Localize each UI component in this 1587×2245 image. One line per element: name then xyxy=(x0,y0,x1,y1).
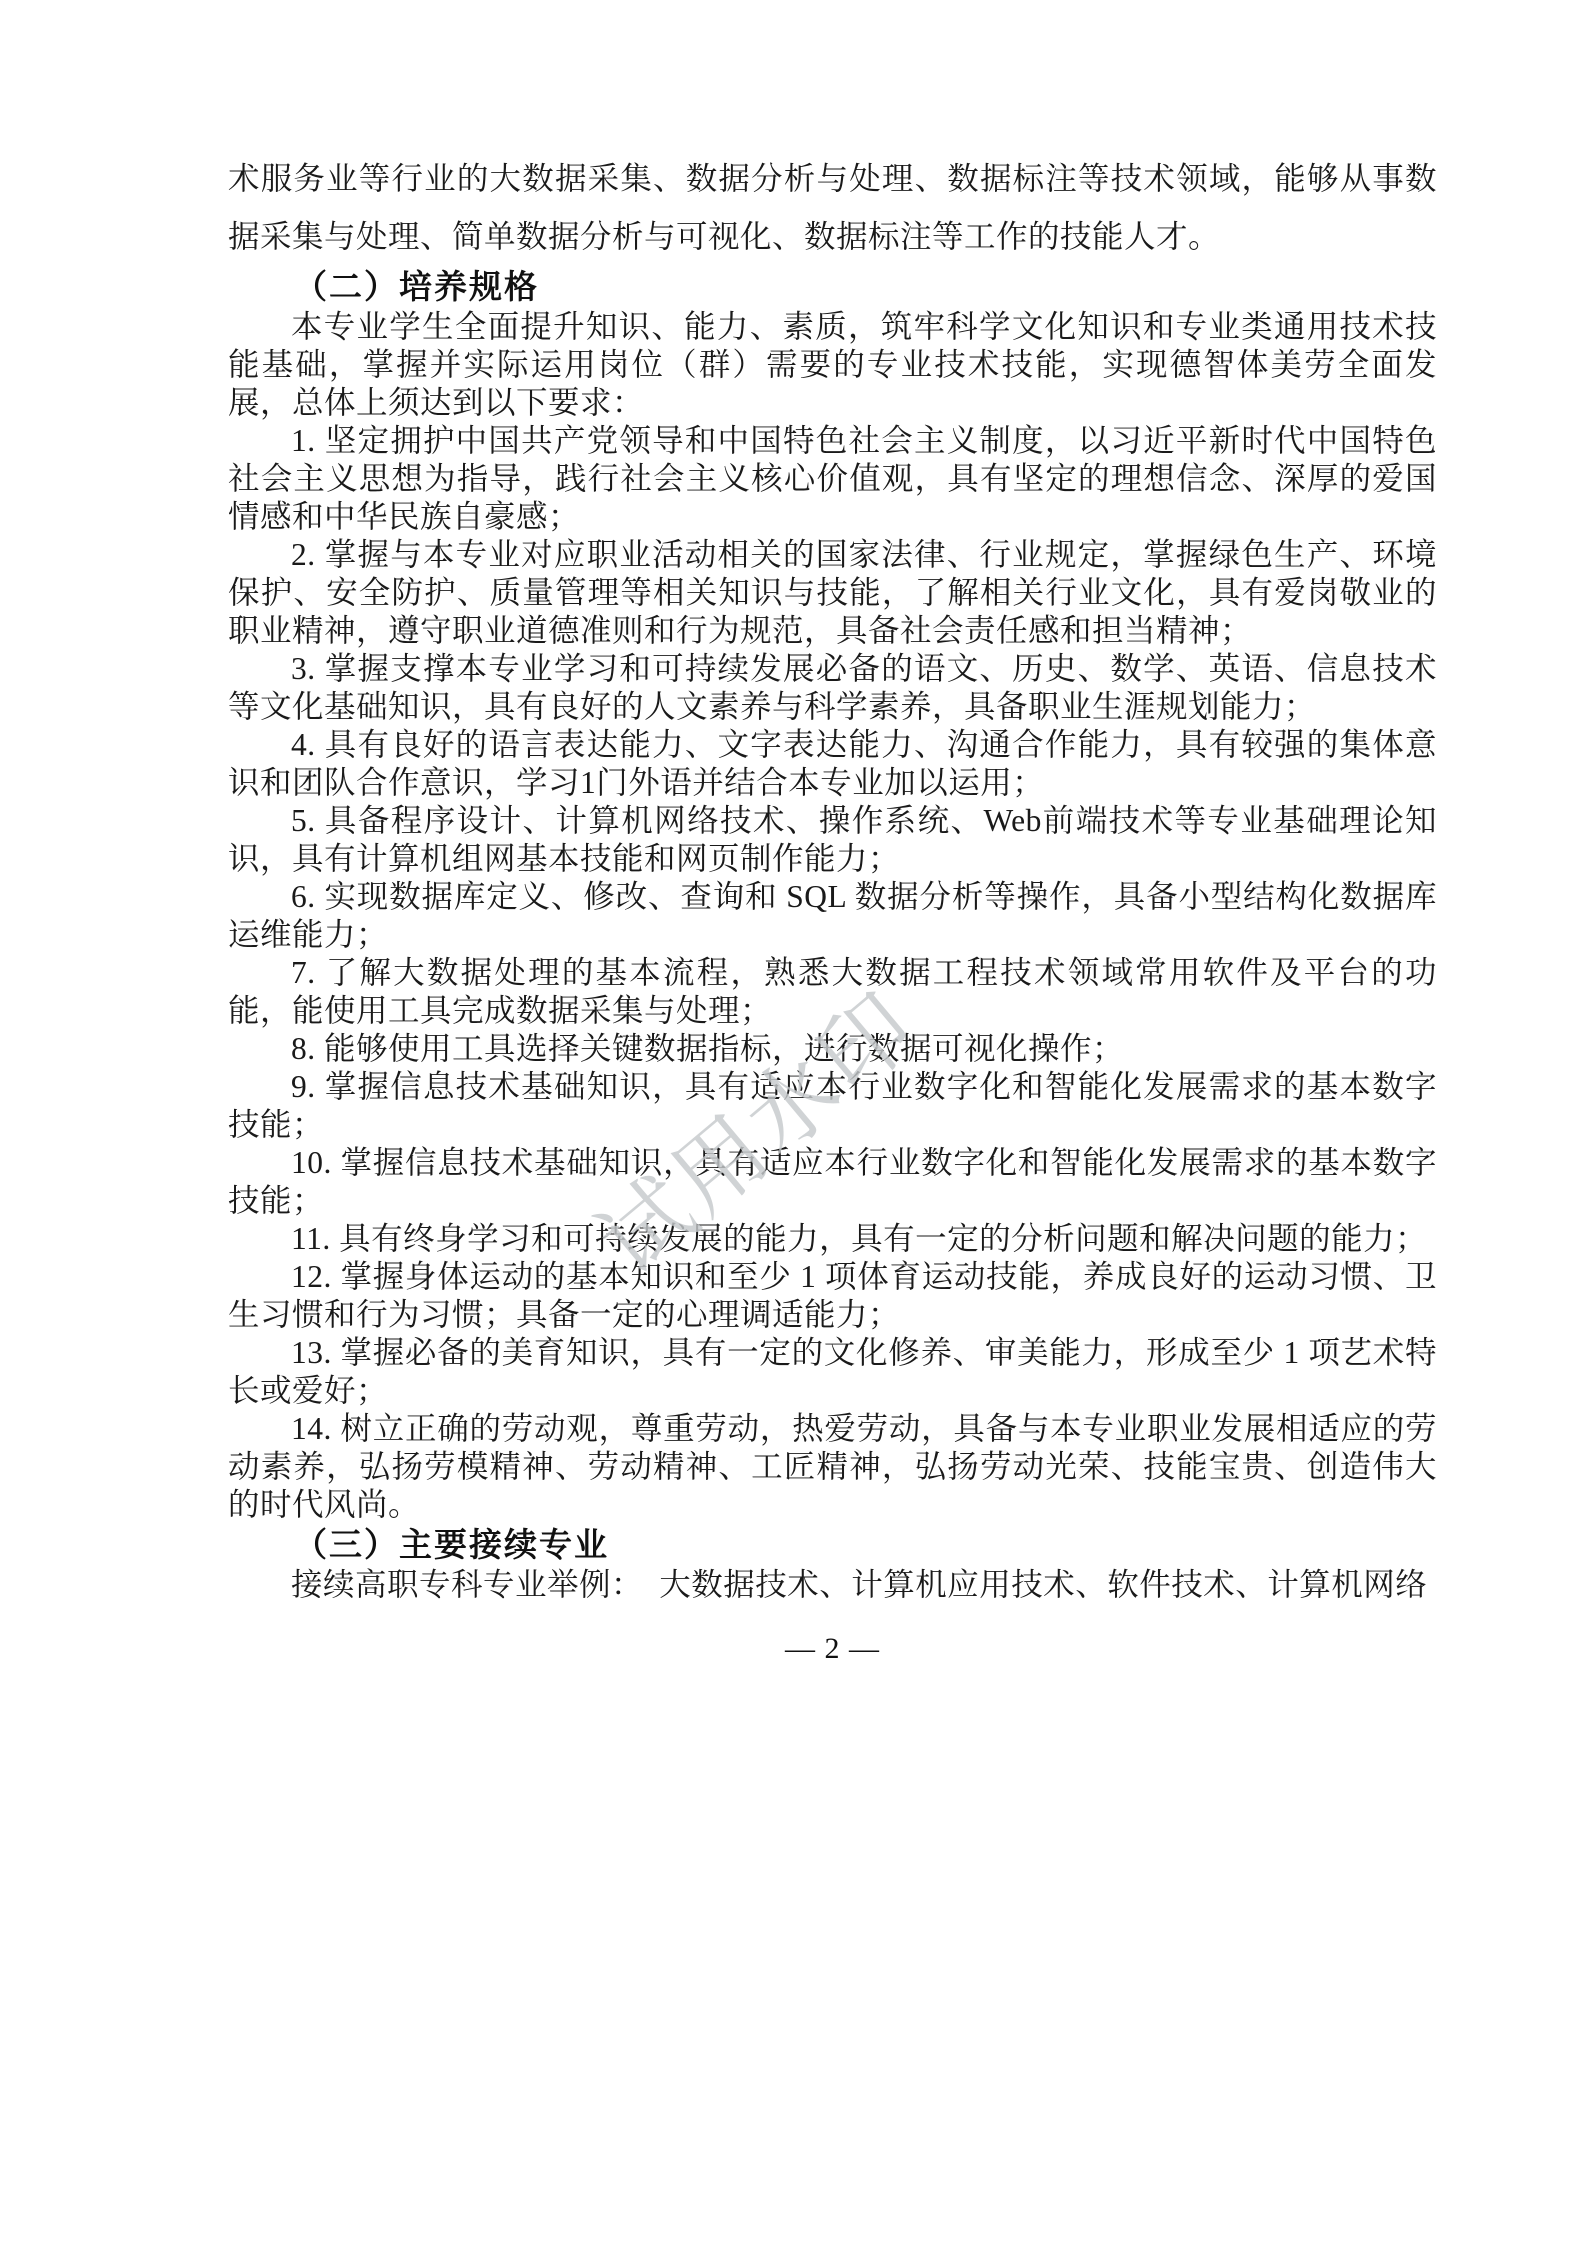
requirement-item-12: 12. 掌握身体运动的基本知识和至少 1 项体育运动技能，养成良好的运动习惯、卫… xyxy=(228,1258,1437,1334)
requirement-item-9: 9. 掌握信息技术基础知识，具有适应本行业数字化和智能化发展需求的基本数字技能； xyxy=(228,1068,1437,1144)
requirement-item-6: 6. 实现数据库定义、修改、查询和 SQL 数据分析等操作，具备小型结构化数据库… xyxy=(228,878,1437,954)
section-3-heading: （三）主要接续专业 xyxy=(228,1524,1437,1566)
document-page: 术服务业等行业的大数据采集、数据分析与处理、数据标注等技术领域，能够从事数据采集… xyxy=(0,0,1587,2245)
requirement-item-11: 11. 具有终身学习和可持续发展的能力，具有一定的分析问题和解决问题的能力； xyxy=(228,1220,1437,1258)
requirement-item-4: 4. 具有良好的语言表达能力、文字表达能力、沟通合作能力，具有较强的集体意识和团… xyxy=(228,726,1437,802)
continuation-paragraph: 术服务业等行业的大数据采集、数据分析与处理、数据标注等技术领域，能够从事数据采集… xyxy=(228,150,1437,266)
section-2-intro: 本专业学生全面提升知识、能力、素质，筑牢科学文化知识和专业类通用技术技能基础，掌… xyxy=(228,308,1437,422)
requirement-item-14: 14. 树立正确的劳动观，尊重劳动，热爱劳动，具备与本专业职业发展相适应的劳动素… xyxy=(228,1410,1437,1524)
section-2-heading: （二）培养规格 xyxy=(228,266,1437,308)
requirement-item-5: 5. 具备程序设计、计算机网络技术、操作系统、Web前端技术等专业基础理论知识，… xyxy=(228,802,1437,878)
page-content: 术服务业等行业的大数据采集、数据分析与处理、数据标注等技术领域，能够从事数据采集… xyxy=(228,150,1437,1666)
requirement-item-1: 1. 坚定拥护中国共产党领导和中国特色社会主义制度，以习近平新时代中国特色社会主… xyxy=(228,422,1437,536)
page-number: — 2 — xyxy=(228,1632,1437,1666)
requirement-item-10: 10. 掌握信息技术基础知识，具有适应本行业数字化和智能化发展需求的基本数字技能… xyxy=(228,1144,1437,1220)
section-3-intro: 接续高职专科专业举例： 大数据技术、计算机应用技术、软件技术、计算机网络 xyxy=(228,1566,1437,1604)
requirement-item-8: 8. 能够使用工具选择关键数据指标，进行数据可视化操作； xyxy=(228,1030,1437,1068)
requirement-item-13: 13. 掌握必备的美育知识，具有一定的文化修养、审美能力，形成至少 1 项艺术特… xyxy=(228,1334,1437,1410)
requirement-item-2: 2. 掌握与本专业对应职业活动相关的国家法律、行业规定，掌握绿色生产、环境保护、… xyxy=(228,536,1437,650)
requirement-item-7: 7. 了解大数据处理的基本流程，熟悉大数据工程技术领域常用软件及平台的功能，能使… xyxy=(228,954,1437,1030)
requirement-item-3: 3. 掌握支撑本专业学习和可持续发展必备的语文、历史、数学、英语、信息技术等文化… xyxy=(228,650,1437,726)
